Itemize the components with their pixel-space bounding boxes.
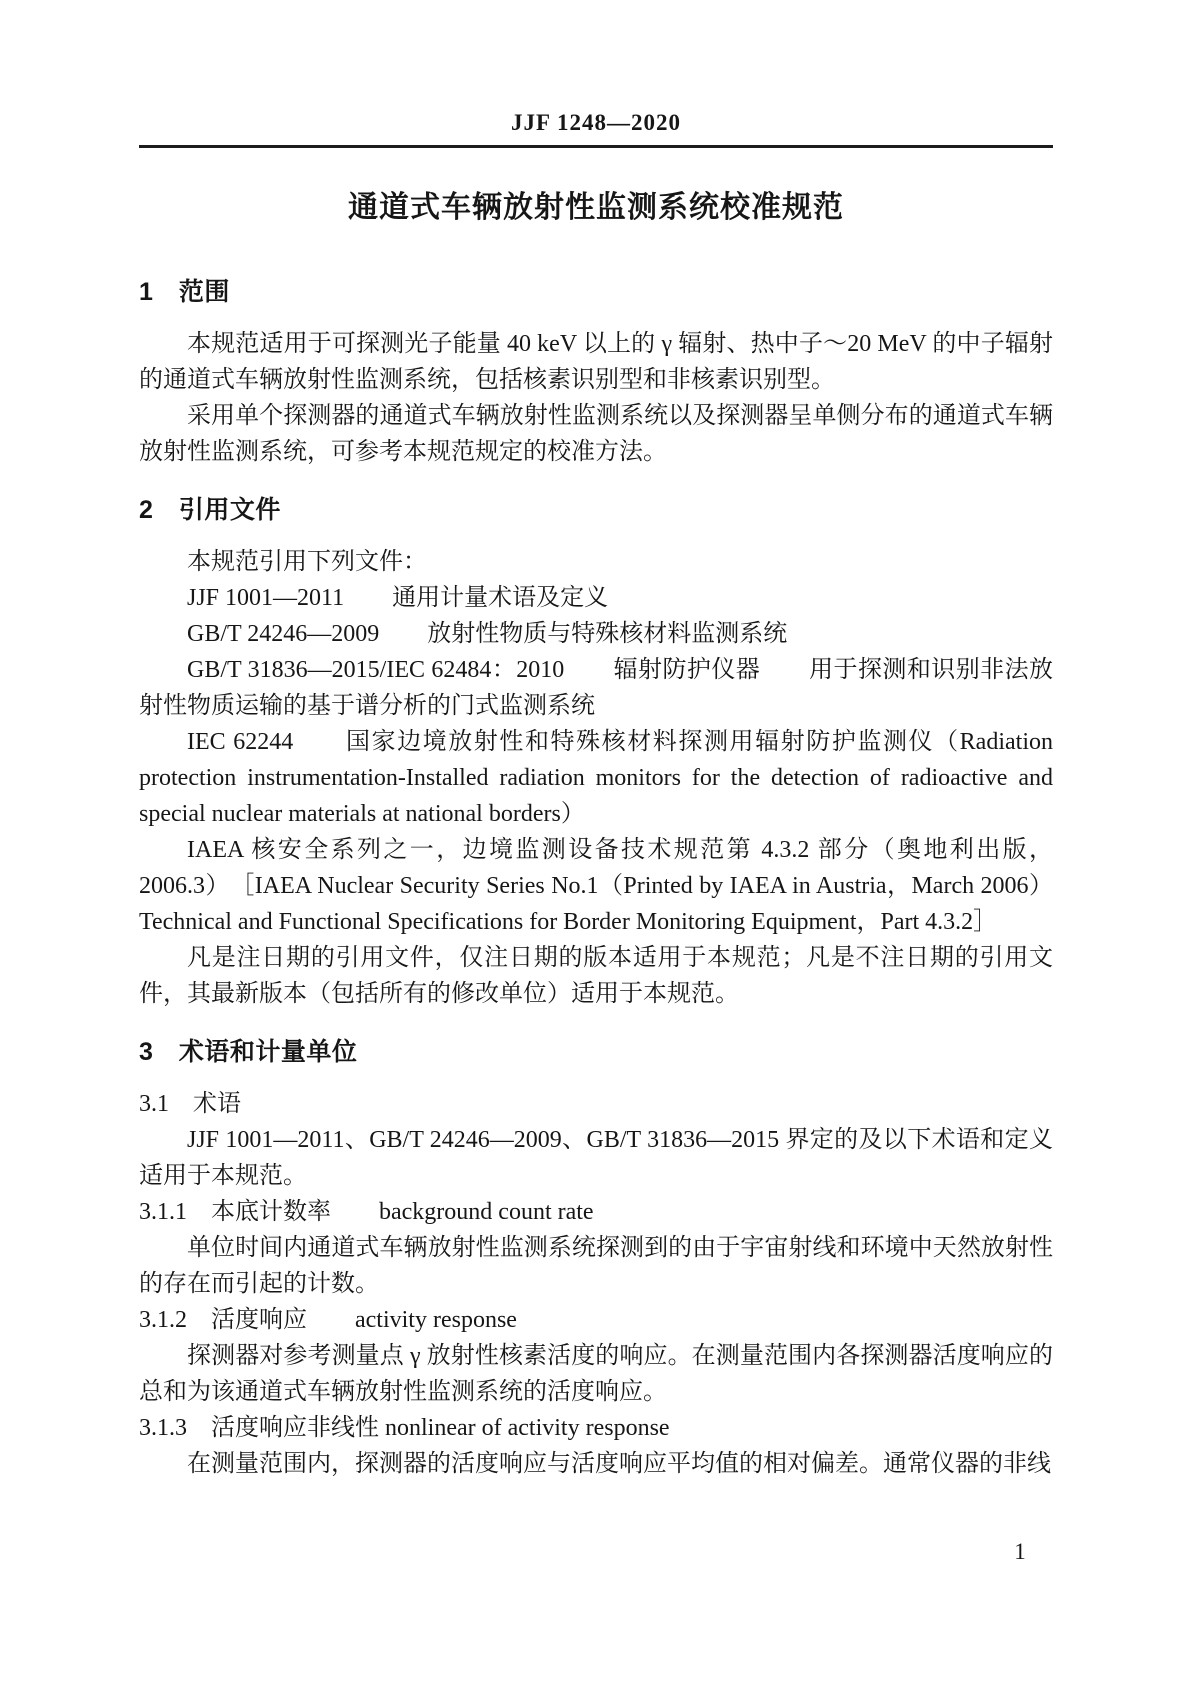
paragraph: IEC 62244 国家边境放射性和特殊核材料探测用辐射防护监测仪（Radiat…	[139, 724, 1053, 832]
term-heading: 3.1.3 活度响应非线性 nonlinear of activity resp…	[139, 1410, 1053, 1446]
running-header: JJF 1248—2020	[139, 0, 1053, 136]
paragraph: IAEA 核安全系列之一，边境监测设备技术规范第 4.3.2 部分（奥地利出版，…	[139, 832, 1053, 940]
paragraph: 凡是注日期的引用文件，仅注日期的版本适用于本规范；凡是不注日期的引用文件，其最新…	[139, 940, 1053, 1012]
document-page: JJF 1248—2020 通道式车辆放射性监测系统校准规范 1 范围本规范适用…	[0, 0, 1191, 1684]
document-title: 通道式车辆放射性监测系统校准规范	[139, 188, 1053, 228]
section-heading: 2 引用文件	[139, 494, 1053, 526]
page-number: 1	[1000, 1538, 1040, 1566]
paragraph: GB/T 31836—2015/IEC 62484：2010 辐射防护仪器 用于…	[139, 652, 1053, 724]
paragraph: JJF 1001—2011 通用计量术语及定义	[139, 580, 1053, 616]
header-rule	[139, 145, 1053, 148]
paragraph: 在测量范围内，探测器的活度响应与活度响应平均值的相对偏差。通常仪器的非线	[139, 1446, 1053, 1482]
section-heading: 3 术语和计量单位	[139, 1036, 1053, 1068]
paragraph: 探测器对参考测量点 γ 放射性核素活度的响应。在测量范围内各探测器活度响应的总和…	[139, 1338, 1053, 1410]
paragraph: 采用单个探测器的通道式车辆放射性监测系统以及探测器呈单侧分布的通道式车辆放射性监…	[139, 398, 1053, 470]
paragraph: 单位时间内通道式车辆放射性监测系统探测到的由于宇宙射线和环境中天然放射性的存在而…	[139, 1230, 1053, 1302]
document-body: 1 范围本规范适用于可探测光子能量 40 keV 以上的 γ 辐射、热中子～20…	[139, 276, 1053, 1482]
section-heading: 1 范围	[139, 276, 1053, 308]
paragraph: 本规范适用于可探测光子能量 40 keV 以上的 γ 辐射、热中子～20 MeV…	[139, 326, 1053, 398]
subsection-heading: 3.1 术语	[139, 1086, 1053, 1122]
content-area: JJF 1248—2020 通道式车辆放射性监测系统校准规范 1 范围本规范适用…	[139, 0, 1053, 1482]
paragraph: JJF 1001—2011、GB/T 24246—2009、GB/T 31836…	[139, 1122, 1053, 1194]
term-heading: 3.1.1 本底计数率 background count rate	[139, 1194, 1053, 1230]
paragraph: GB/T 24246—2009 放射性物质与特殊核材料监测系统	[139, 616, 1053, 652]
term-heading: 3.1.2 活度响应 activity response	[139, 1302, 1053, 1338]
paragraph: 本规范引用下列文件：	[139, 544, 1053, 580]
